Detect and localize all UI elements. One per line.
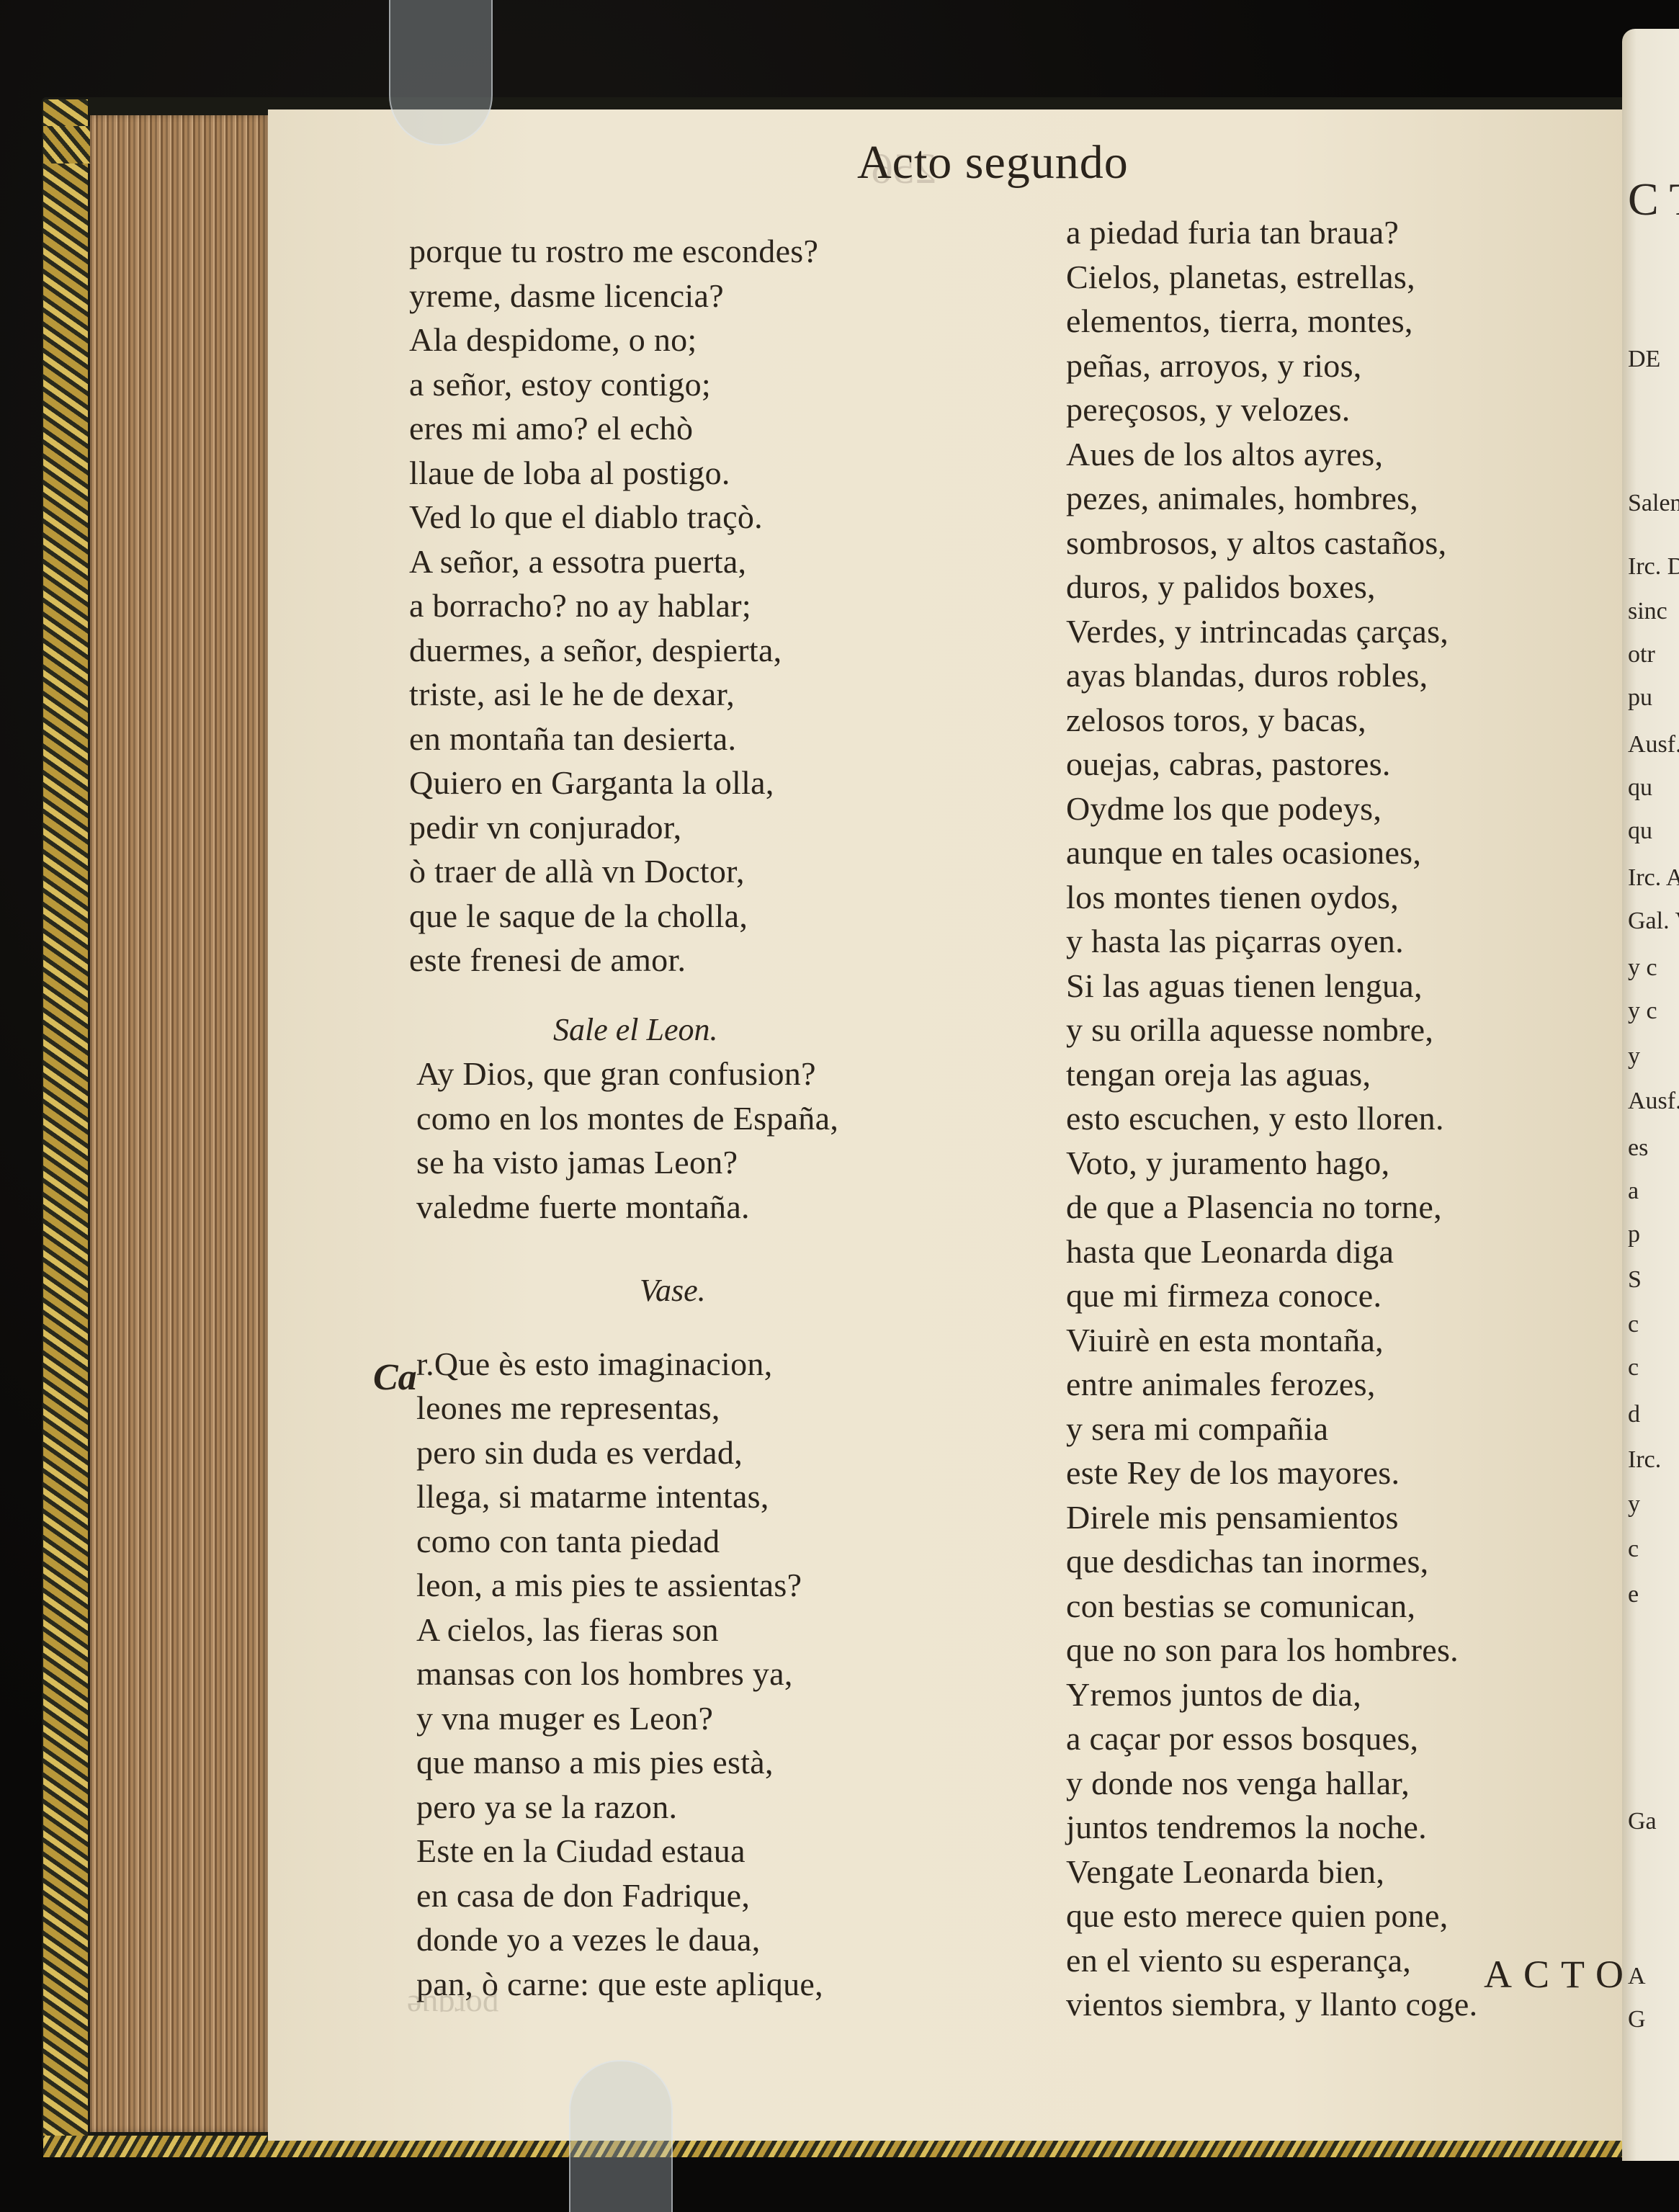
verse-line: Ala despidome, o no; [409,318,985,362]
verse-line: duros, y palidos boxes, [1066,565,1585,609]
verse-line: Verdes, y intrincadas çarças, [1066,609,1585,654]
page-clip-top [389,0,493,145]
verse-line: a borracho? no ay hablar; [409,583,985,628]
verse-line: Direle mis pensamientos [1066,1495,1585,1540]
next-page-fragment: e [1628,1581,1639,1608]
next-page-edge: C TDESalenIrc. DsincotrpuAusf.ququIrc. A… [1622,29,1679,2161]
running-head: Acto segundo [857,135,1129,190]
verse-line: ò traer de allà vn Doctor, [409,849,985,894]
next-page-fragment: c [1628,1536,1639,1563]
verse-line: como en los montes de España, [409,1096,985,1141]
next-page-fragment: qu [1628,818,1652,845]
verse-line: pezes, animales, hombres, [1066,476,1585,521]
verse-line: Yremos juntos de dia, [1066,1673,1585,1717]
verse-block-1: porque tu rostro me escondes?yreme, dasm… [409,229,985,982]
verse-line: zelosos toros, y bacas, [1066,698,1585,743]
verse-line: a señor, estoy contigo; [409,362,985,407]
verse-line: elementos, tierra, montes, [1066,299,1585,344]
verse-line: y su orilla aquesse nombre, [1066,1008,1585,1052]
next-page-fragment: otr [1628,641,1655,668]
next-page-fragment: pu [1628,684,1652,712]
verse-block-2: Ay Dios, que gran confusion?como en los … [409,1052,985,1229]
verse-line: Ved lo que el diablo traçò. [409,495,985,539]
next-page-fragment: Ausf. [1628,1088,1679,1115]
verse-line: ayas blandas, duros robles, [1066,653,1585,698]
verse-line: Ay Dios, que gran confusion? [409,1052,985,1096]
verse-line: hasta que Leonarda diga [1066,1230,1585,1274]
next-page-fragment: qu [1628,774,1652,802]
verse-line: esto escuchen, y esto lloren. [1066,1096,1585,1141]
verse-line: yreme, dasme licencia? [409,274,985,318]
verse-line: entre animales ferozes, [1066,1362,1585,1407]
verse-line: Oydme los que podeys, [1066,787,1585,831]
page-fore-edge [90,115,270,2132]
verse-line: Si las aguas tienen lengua, [1066,964,1585,1008]
verse-line: y sera mi compañia [1066,1407,1585,1451]
next-page-fragment: Ausf. [1628,731,1679,758]
verse-line: se ha visto jamas Leon? [409,1140,985,1185]
left-column: porque tu rostro me escondes?yreme, dasm… [409,229,985,2006]
verse-line: que esto merece quien pone, [1066,1894,1585,1938]
verse-line: Voto, y juramento hago, [1066,1141,1585,1186]
next-page-fragment: d [1628,1401,1640,1428]
verse-line: Este en la Ciudad estaua [409,1829,985,1873]
page-clip-bottom [569,2060,673,2212]
verse-line: pero sin duda es verdad, [409,1430,985,1475]
verse-line: y hasta las piçarras oyen. [1066,919,1585,964]
verse-line: porque tu rostro me escondes? [409,229,985,274]
verse-line: a piedad furia tan braua? [1066,210,1585,255]
verse-line: llega, si matarme intentas, [409,1474,985,1519]
next-page-fragment: C T [1628,173,1679,226]
verse-block-right: a piedad furia tan braua?Cielos, planeta… [1066,210,1585,2027]
next-page-fragment: c [1628,1311,1639,1338]
next-page-fragment: Gal. V [1628,908,1679,935]
verse-line: que le saque de la cholla, [409,894,985,939]
next-page-fragment: Irc. D [1628,553,1679,581]
verse-line: en montaña tan desierta. [409,717,985,761]
next-page-fragment: S [1628,1266,1642,1294]
verse-line: duermes, a señor, despierta, [409,628,985,673]
verse-line: con bestias se comunican, [1066,1584,1585,1629]
next-page-fragment: Irc. A [1628,864,1679,892]
next-page-fragment: sinc [1628,598,1667,625]
next-page-fragment: p [1628,1221,1640,1248]
next-page-fragment: Salen [1628,490,1679,517]
verse-line: Quiero en Garganta la olla, [409,761,985,805]
verse-line: juntos tendremos la noche. [1066,1805,1585,1850]
verse-line: los montes tienen oydos, [1066,875,1585,920]
verse-line: ouejas, cabras, pastores. [1066,742,1585,787]
verse-line: leon, a mis pies te assientas? [409,1563,985,1608]
gilt-border-left [43,99,88,2141]
verse-line: eres mi amo? el echò [409,406,985,451]
verse-line: triste, asi le he de dexar, [409,672,985,717]
next-page-fragment: Ga [1628,1808,1657,1835]
verse-line: valedme fuerte montaña. [409,1185,985,1230]
verse-line: este frenesi de amor. [409,938,985,982]
stage-direction-vase: Vase. [409,1268,985,1313]
verse-line: donde yo a vezes le daua, [409,1917,985,1962]
next-page-fragment: DE [1628,346,1660,373]
verse-line: en casa de don Fadrique, [409,1873,985,1918]
verse-line: Aues de los altos ayres, [1066,432,1585,477]
verse-line: tengan oreja las aguas, [1066,1052,1585,1097]
next-page-fragment: a [1628,1178,1639,1205]
next-page-fragment: A [1628,1963,1646,1990]
verse-line: pero ya se la razon. [409,1785,985,1830]
speech-block-car: Ca r.Que ès esto imaginacion,leones me r… [409,1342,985,2007]
verse-line: y donde nos venga hallar, [1066,1761,1585,1806]
verse-line: A cielos, las fieras son [409,1608,985,1652]
speaker-label: Ca [373,1356,417,1399]
verse-line: peñas, arroyos, y rios, [1066,344,1585,388]
right-column: a piedad furia tan braua?Cielos, planeta… [1066,210,1585,2027]
verse-line: pedir vn conjurador, [409,805,985,850]
verse-block-3: r.Que ès esto imaginacion,leones me repr… [409,1342,985,2007]
verse-line: llaue de loba al postigo. [409,451,985,496]
verse-line: que mi firmeza conoce. [1066,1273,1585,1318]
verse-line: aunque en tales ocasiones, [1066,830,1585,875]
verse-line: Vengate Leonarda bien, [1066,1850,1585,1894]
next-page-fragment: y c [1628,998,1657,1025]
verse-line: de que a Plasencia no torne, [1066,1185,1585,1230]
verse-line: como con tanta piedad [409,1519,985,1564]
verse-line: r.Que ès esto imaginacion, [409,1342,985,1387]
next-page-fragment: G [1628,2006,1646,2033]
verse-line: Cielos, planetas, estrellas, [1066,255,1585,300]
verse-line: Viuirè en esta montaña, [1066,1318,1585,1363]
catchword: ACTO [1484,1952,1635,1997]
next-page-fragment: es [1628,1134,1648,1162]
verse-line: mansas con los hombres ya, [409,1652,985,1696]
verse-line: A señor, a essotra puerta, [409,539,985,584]
verse-line: pan, ò carne: que este aplique, [409,1962,985,2007]
verse-line: que manso a mis pies està, [409,1740,985,1785]
verse-line: a caçar por essos bosques, [1066,1716,1585,1761]
stage-direction-sale-el-leon: Sale el Leon. [409,1008,985,1052]
verse-line: que no son para los hombres. [1066,1628,1585,1673]
verse-line: y vna muger es Leon? [409,1696,985,1741]
verse-line: que desdichas tan inormes, [1066,1539,1585,1584]
verse-line: este Rey de los mayores. [1066,1451,1585,1495]
next-page-fragment: c [1628,1354,1639,1382]
next-page-fragment: Irc. [1628,1446,1661,1474]
next-page-fragment: y [1628,1491,1640,1518]
verse-line: sombrosos, y altos castaños, [1066,521,1585,565]
next-page-fragment: y [1628,1043,1640,1070]
next-page-fragment: y c [1628,954,1657,982]
verse-line: leones me representas, [409,1386,985,1430]
verse-line: pereçosos, y velozes. [1066,388,1585,432]
